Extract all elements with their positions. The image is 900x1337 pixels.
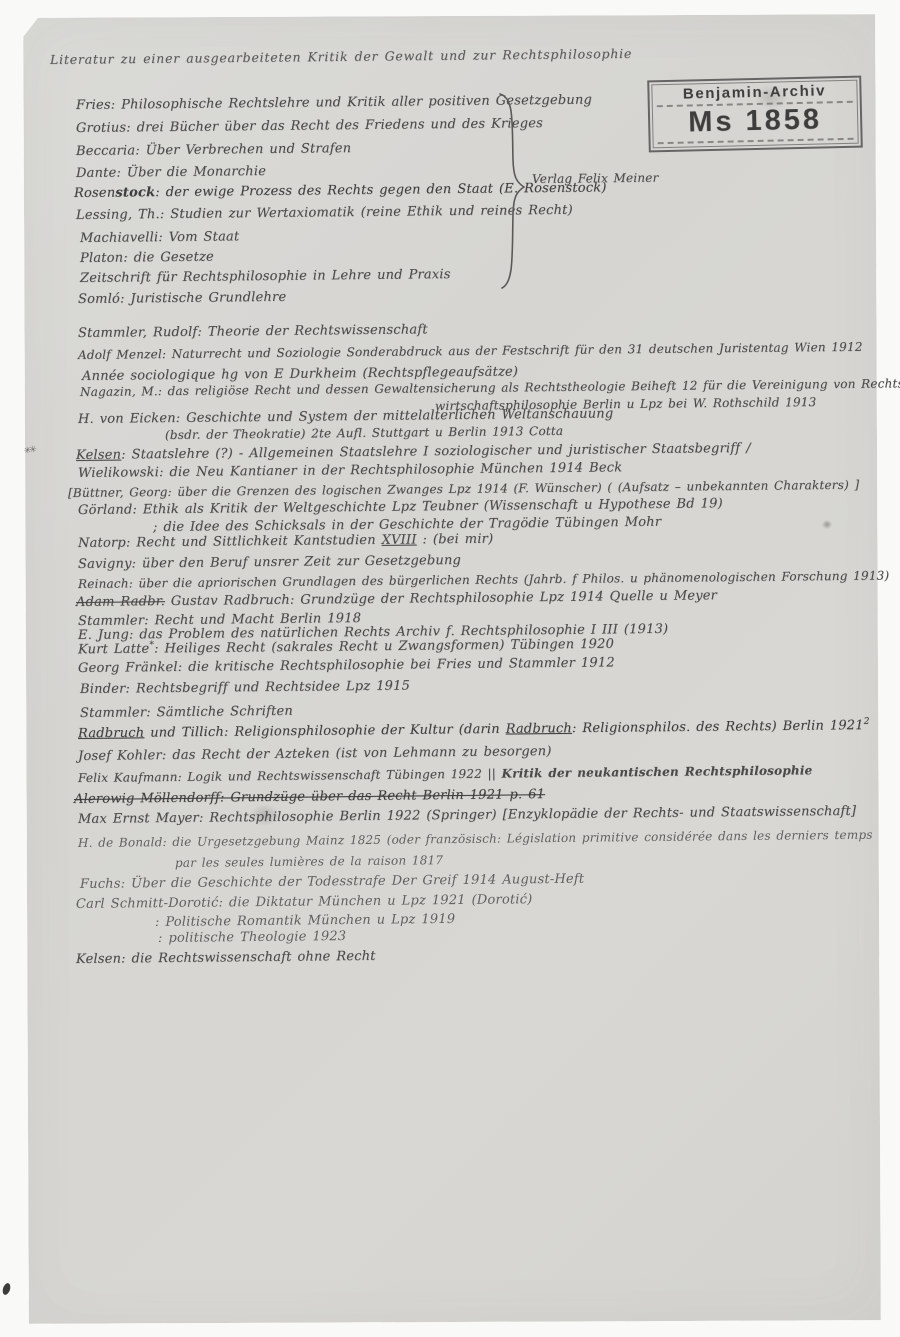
bibliography-entry-continuation: par les seules lumières de la raison 181… — [175, 853, 443, 870]
bibliography-entry: Beccaria: Über Verbrechen und Strafen — [76, 141, 351, 159]
entry-text: Kurt Latte — [78, 642, 150, 658]
bibliography-entry: Somló: Juristische Grundlehre — [78, 290, 286, 307]
archive-stamp-signature: Ms 1858 — [657, 103, 854, 144]
entry-text-struck: Adam Radbr. — [76, 594, 165, 610]
bibliography-entry-continuation: : politische Theologie 1923 — [158, 929, 347, 946]
bibliography-entry: Machiavelli: Vom Staat — [80, 229, 240, 246]
bibliography-entry-continuation: : Politische Romantik München u Lpz 1919 — [155, 912, 455, 930]
entry-text: : Religionsphilos. des Rechts) Berlin 19… — [572, 718, 864, 736]
bibliography-entry: Platon: die Gesetze — [80, 250, 214, 266]
grouping-brace — [494, 90, 530, 290]
bibliography-entry: Dante: Über die Monarchie — [76, 164, 266, 181]
publisher-note: Verlag Felix Meiner — [532, 171, 659, 186]
cut-corner-edge — [19, 6, 37, 28]
entry-text-underlined: Radbruch — [506, 721, 572, 737]
entry-text-underlined: XVIII — [381, 532, 416, 547]
entry-text-bold: stock — [115, 185, 155, 200]
entry-text-underlined: Kelsen — [76, 448, 121, 463]
margin-mark: ✳✳ — [23, 445, 36, 457]
entry-text-underlined: Radbruch — [78, 726, 144, 742]
entry-text: : (bei mir) — [417, 532, 494, 548]
edge-speck — [1, 1282, 11, 1296]
bibliography-entry: Kelsen: die Rechtswissenschaft ohne Rech… — [76, 949, 376, 967]
entry-superscript: 2 — [864, 717, 870, 727]
bibliography-entry: Stammler: Sämtliche Schriften — [80, 704, 293, 721]
archive-stamp-inner: Benjamin-Archiv Ms 1858 — [651, 80, 858, 149]
entry-text: Rosen — [74, 186, 116, 201]
archive-stamp: Benjamin-Archiv Ms 1858 — [647, 76, 863, 153]
entry-text: Natorp: Recht und Sittlichkeit Kantstudi… — [78, 533, 382, 551]
